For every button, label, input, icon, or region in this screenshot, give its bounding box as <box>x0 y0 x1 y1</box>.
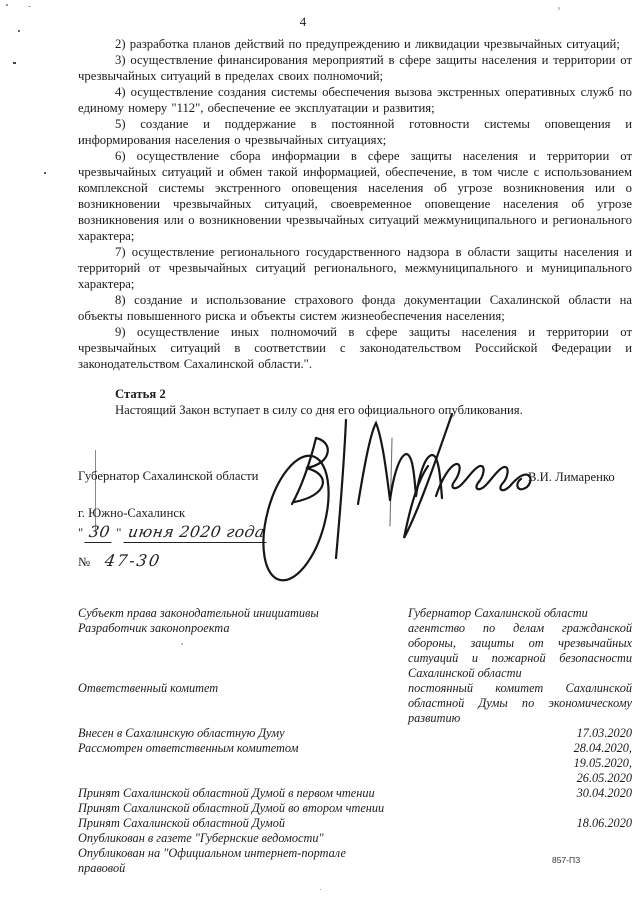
body-paragraph: 6) осуществление сбора информации в сфер… <box>78 148 632 244</box>
details-row-value: 18.06.2020 <box>408 816 632 831</box>
details-row-value: агентство по делам гражданской обороны, … <box>408 621 632 681</box>
article-heading: Статья 2 <box>78 386 632 402</box>
scan-artifact-dot <box>558 7 560 10</box>
details-row-value: 30.04.2020 <box>408 786 632 801</box>
document-code: 857-ПЗ <box>552 855 580 865</box>
details-row-label: Опубликован на "Официальном интернет-пор… <box>78 846 408 876</box>
document-page: 4 2) разработка планов действий по преду… <box>0 0 640 905</box>
body-paragraph: 8) создание и использование страхового ф… <box>78 292 632 324</box>
scan-artifact-dot <box>44 172 46 174</box>
handwritten-number: 47-30 <box>104 551 163 570</box>
document-body: 2) разработка планов действий по предупр… <box>78 36 632 418</box>
signature-city: г. Южно-Сахалинск <box>78 506 185 521</box>
details-row: Опубликован в газете "Губернские ведомос… <box>78 831 632 846</box>
handwritten-day: 30 <box>85 523 115 543</box>
quote-open: " <box>78 526 83 540</box>
details-row: Рассмотрен ответственным комитетом28.04.… <box>78 741 632 786</box>
scan-artifact-dot <box>13 62 16 64</box>
body-paragraph: 5) создание и поддержание в постоянной г… <box>78 116 632 148</box>
details-row: Принят Сахалинской областной Думой18.06.… <box>78 816 632 831</box>
details-row-label: Опубликован в газете "Губернские ведомос… <box>78 831 408 846</box>
signer-name: В.И. Лимаренко <box>528 470 615 485</box>
details-row: Разработчик законопроектаагентство по де… <box>78 621 632 681</box>
body-paragraph: 3) осуществление финансирования мероприя… <box>78 52 632 84</box>
details-row-value: 28.04.2020, 19.05.2020, 26.05.2020 <box>408 741 632 786</box>
details-row: Опубликован на "Официальном интернет-пор… <box>78 846 632 876</box>
scan-artifact-dot <box>320 889 321 890</box>
governor-signature <box>240 408 540 593</box>
details-row: Принят Сахалинской областной Думой во вт… <box>78 801 632 816</box>
page-number: 4 <box>0 14 606 30</box>
details-row: Субъект права законодательной инициативы… <box>78 606 632 621</box>
number-sign: № <box>78 555 90 569</box>
details-row-value: 17.03.2020 <box>408 726 632 741</box>
body-paragraph: 9) осуществление иных полномочий в сфере… <box>78 324 632 372</box>
details-row-label: Внесен в Сахалинскую областную Думу <box>78 726 408 741</box>
details-row-label: Рассмотрен ответственным комитетом <box>78 741 408 756</box>
body-paragraph: 7) осуществление регионального государст… <box>78 244 632 292</box>
details-row-label: Разработчик законопроекта <box>78 621 408 636</box>
details-row-value: Губернатор Сахалинской области <box>408 606 632 621</box>
scan-artifact-dot <box>28 6 31 7</box>
details-row: Ответственный комитетпостоянный комитет … <box>78 681 632 726</box>
body-paragraph: 4) осуществление создания системы обеспе… <box>78 84 632 116</box>
scan-artifact-dot <box>18 30 20 32</box>
details-row: Внесен в Сахалинскую областную Думу17.03… <box>78 726 632 741</box>
details-row: Принят Сахалинской областной Думой в пер… <box>78 786 632 801</box>
details-row-label: Принят Сахалинской областной Думой в пер… <box>78 786 408 801</box>
document-number-line: № 47-30 <box>78 551 161 570</box>
quote-close: " <box>116 526 121 540</box>
body-paragraph: 2) разработка планов действий по предупр… <box>78 36 632 52</box>
details-row-label: Ответственный комитет <box>78 681 408 696</box>
body-paragraphs: 2) разработка планов действий по предупр… <box>78 36 632 372</box>
details-row-label: Принят Сахалинской областной Думой <box>78 816 408 831</box>
details-rows: Субъект права законодательной инициативы… <box>78 606 632 876</box>
details-row-label: Принят Сахалинской областной Думой во вт… <box>78 801 408 816</box>
signature-date-line: " 30 " июня 2020 года <box>78 523 267 543</box>
details-row-value: постоянный комитет Сахалинской областной… <box>408 681 632 726</box>
details-row-label: Субъект права законодательной инициативы <box>78 606 408 621</box>
legislative-details: Субъект права законодательной инициативы… <box>78 606 632 876</box>
signer-title: Губернатор Сахалинской области <box>78 469 258 484</box>
scan-artifact-dot <box>6 4 8 6</box>
